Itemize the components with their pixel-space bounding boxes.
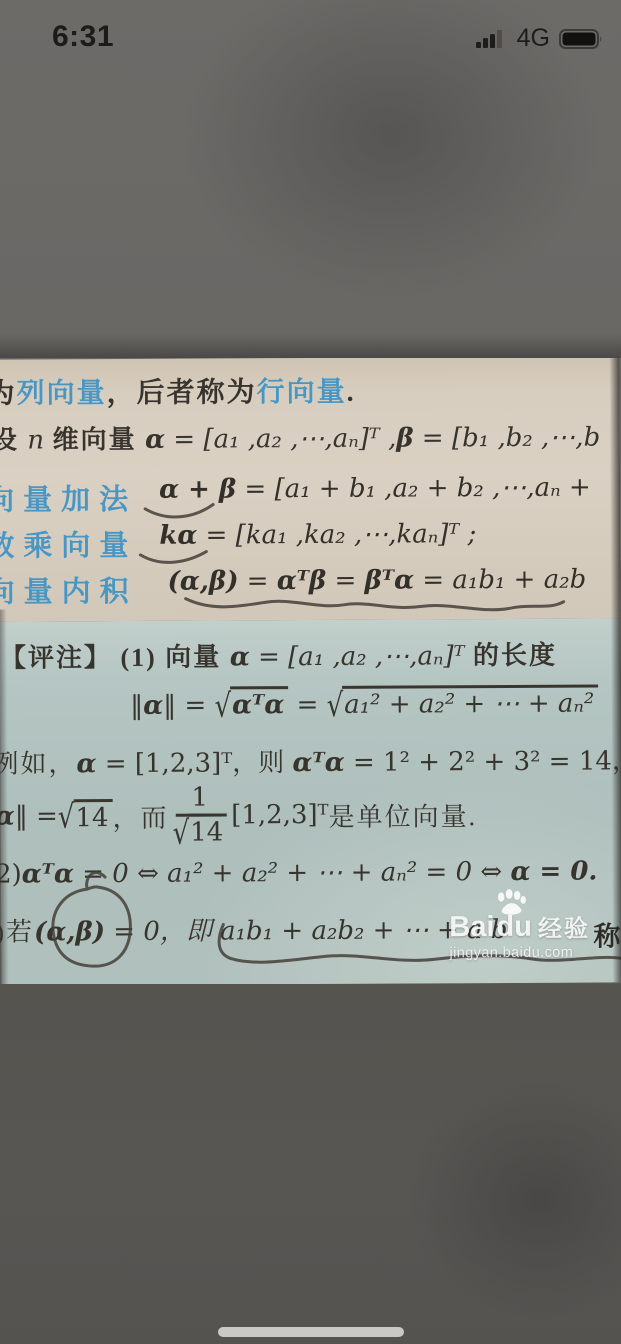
formula-vector-addition: α + β = [a₁ + b₁ ,a₂ + b₂ ,⋯,aₙ + <box>159 473 591 505</box>
item2-equivalence: = 0 ⇔ a₁² + a₂² + ⋯ + aₙ² = 0 ⇔ <box>74 857 511 889</box>
item2-alphaTalpha: αᵀα <box>22 859 74 889</box>
inner-product-expansion: = a₁b₁ + a₂b <box>414 565 586 596</box>
note-heading-line: 【评注】 (1) 向量 α = [a₁ ,a₂ ,⋯,aₙ]ᵀ 的长度 <box>0 635 557 675</box>
watermark-brand-row: Bai du 经验 <box>449 908 621 944</box>
inner-eq-2: = <box>326 566 364 596</box>
vector-definition-line: 设 n 维向量 α = [a₁ ,a₂ ,⋯,aₙ]ᵀ ,β = [b₁ ,b₂… <box>0 416 600 456</box>
unitline-eq: ‖ = <box>15 801 58 831</box>
cellular-signal-icon <box>476 27 508 51</box>
item3-expansion: = 0，即 a₁b₁ + a₂b₂ + ⋯ + a b <box>105 915 508 947</box>
note-alpha-components: = [a₁ ,a₂ ,⋯,aₙ]ᵀ <box>250 641 465 672</box>
norm-formula-line: ‖α‖ = √αᵀα = √a₁² + a₂² + ⋯ + aₙ² <box>130 688 598 720</box>
status-bar: 6:31 4G <box>0 0 621 62</box>
inner-eq-1: = <box>238 566 276 596</box>
note-length-text: 的长度 <box>464 641 557 670</box>
watermark-brand-bai: Bai <box>449 911 494 944</box>
watermark-du-text: du <box>496 911 532 943</box>
rhs-scalar-multiplication: = [ka₁ ,ka₂ ,⋯,kaₙ]ᵀ ; <box>197 519 476 550</box>
alpha-T-beta: αᵀβ <box>277 566 327 596</box>
clock-time: 6:31 <box>52 20 114 54</box>
note-var-alpha: α <box>230 642 250 672</box>
beta-T-alpha: βᵀα <box>365 565 415 595</box>
intro-line: 为列向量，后者称为行向量. <box>0 370 356 412</box>
example-sum: = 1² + 2² + 3² = 14，于 <box>345 746 621 778</box>
setup-text-2: 维向量 <box>44 425 145 455</box>
battery-icon <box>559 27 603 51</box>
term-column-vector: 列向量 <box>16 378 106 409</box>
photo-top-shadow <box>0 334 621 358</box>
watermark-suffix: 经验 <box>538 909 590 944</box>
item3-alpha-beta-pair: (α,β) <box>34 917 105 947</box>
radicand-alphaTalpha: αᵀα <box>230 686 288 720</box>
note-item3-line: )若(α,β) = 0，即 a₁b₁ + a₂b₂ + ⋯ + a b <box>0 909 508 949</box>
watermark-brand-du: du <box>496 911 532 944</box>
bottom-background <box>0 984 621 1344</box>
fraction-denominator: √14 <box>173 816 228 847</box>
var-n: n <box>27 425 44 455</box>
note-item2-line: 2)αᵀα = 0 ⇔ a₁² + a₂² + ⋯ + aₙ² = 0 ⇔ α … <box>0 857 598 890</box>
intro-text-end: . <box>347 377 356 408</box>
radical-sign-4: √ <box>173 817 190 851</box>
example-alpha: α <box>76 749 96 779</box>
network-type-label: 4G <box>517 24 550 53</box>
unitline-is-unit-vector: 是单位向量. <box>328 796 477 834</box>
intro-text-prefix: 为 <box>0 379 17 410</box>
radical-sign-1: √ <box>214 688 231 726</box>
radical-sign-3: √ <box>58 799 75 837</box>
radical-sign-2: √ <box>327 687 344 725</box>
norm-equals: = <box>288 690 326 720</box>
unit-vector-line: α‖ = √14，而1√14[1,2,3]ᵀ 是单位向量. <box>0 781 477 850</box>
fraction-one-over-sqrt14: 1√14 <box>172 784 227 847</box>
label-inner-product: 向量内积 <box>0 569 138 611</box>
photo-content: 为列向量，后者称为行向量. 设 n 维向量 α = [a₁ ,a₂ ,⋯,aₙ]… <box>0 358 621 984</box>
status-bar-right-cluster: 4G <box>476 24 603 53</box>
note-bracket: 【评注】 <box>0 643 112 673</box>
example-line: 例如，α = [1,2,3]ᵀ，则 αᵀα = 1² + 2² + 3² = 1… <box>0 740 621 781</box>
example-alphaTalpha: αᵀα <box>292 748 344 778</box>
fraction-numerator: 1 <box>175 784 224 817</box>
beta-components: = [b₁ ,b₂ ,⋯,b <box>414 422 601 453</box>
norm-bar-right: ‖ = <box>163 691 214 721</box>
example-text-1: 例如， <box>0 749 77 778</box>
rhs-vector-addition: = [a₁ + b₁ ,a₂ + b₂ ,⋯,aₙ + <box>236 473 591 505</box>
term-row-vector: 行向量 <box>257 377 347 408</box>
item2-alpha-zero: α = 0. <box>510 857 597 887</box>
note-item1-text: (1) 向量 <box>112 642 230 672</box>
intro-text-mid: ，后者称为 <box>106 377 256 409</box>
unitline-vector: [1,2,3]ᵀ <box>231 800 329 831</box>
formula-inner-product: (α,β) = αᵀβ = βᵀα = a₁b₁ + a₂b <box>167 565 586 597</box>
formula-scalar-multiplication: kα = [ka₁ ,ka₂ ,⋯,kaₙ]ᵀ ; <box>159 519 476 551</box>
alpha-components: = [a₁ ,a₂ ,⋯,aₙ]ᵀ , <box>165 424 396 455</box>
baidu-watermark: Bai du 经验 jingyan.baidu.com <box>449 908 621 961</box>
setup-text-1: 设 <box>0 425 27 454</box>
lhs-alpha-plus-beta: α + β <box>159 474 236 504</box>
baidu-paw-icon <box>494 889 528 915</box>
unitline-and: ，而 <box>112 797 168 834</box>
norm-alpha: α <box>143 691 163 721</box>
example-vector-value: = [1,2,3]ᵀ，则 <box>96 748 292 779</box>
radicand-14-den: 14 <box>188 813 227 847</box>
var-alpha: α <box>145 425 165 455</box>
lhs-k-alpha: kα <box>159 521 197 551</box>
label-vector-addition: 向量加法 <box>0 477 137 519</box>
label-scalar-multiplication: 数乘向量 <box>0 523 137 565</box>
phone-screen: 6:31 4G 为列向量，后者称为行向量. <box>0 0 621 1344</box>
textbook-photo[interactable]: 为列向量，后者称为行向量. 设 n 维向量 α = [a₁ ,a₂ ,⋯,aₙ]… <box>0 358 621 984</box>
radicand-14: 14 <box>73 799 112 833</box>
home-indicator[interactable] <box>218 1327 404 1337</box>
var-beta: β <box>396 423 413 453</box>
radicand-sum-of-squares: a₁² + a₂² + ⋯ + aₙ² <box>342 684 598 719</box>
norm-bar-left: ‖ <box>130 691 143 721</box>
lhs-alpha-beta-pair: (α,β) <box>167 566 238 596</box>
watermark-domain: jingyan.baidu.com <box>449 944 621 961</box>
